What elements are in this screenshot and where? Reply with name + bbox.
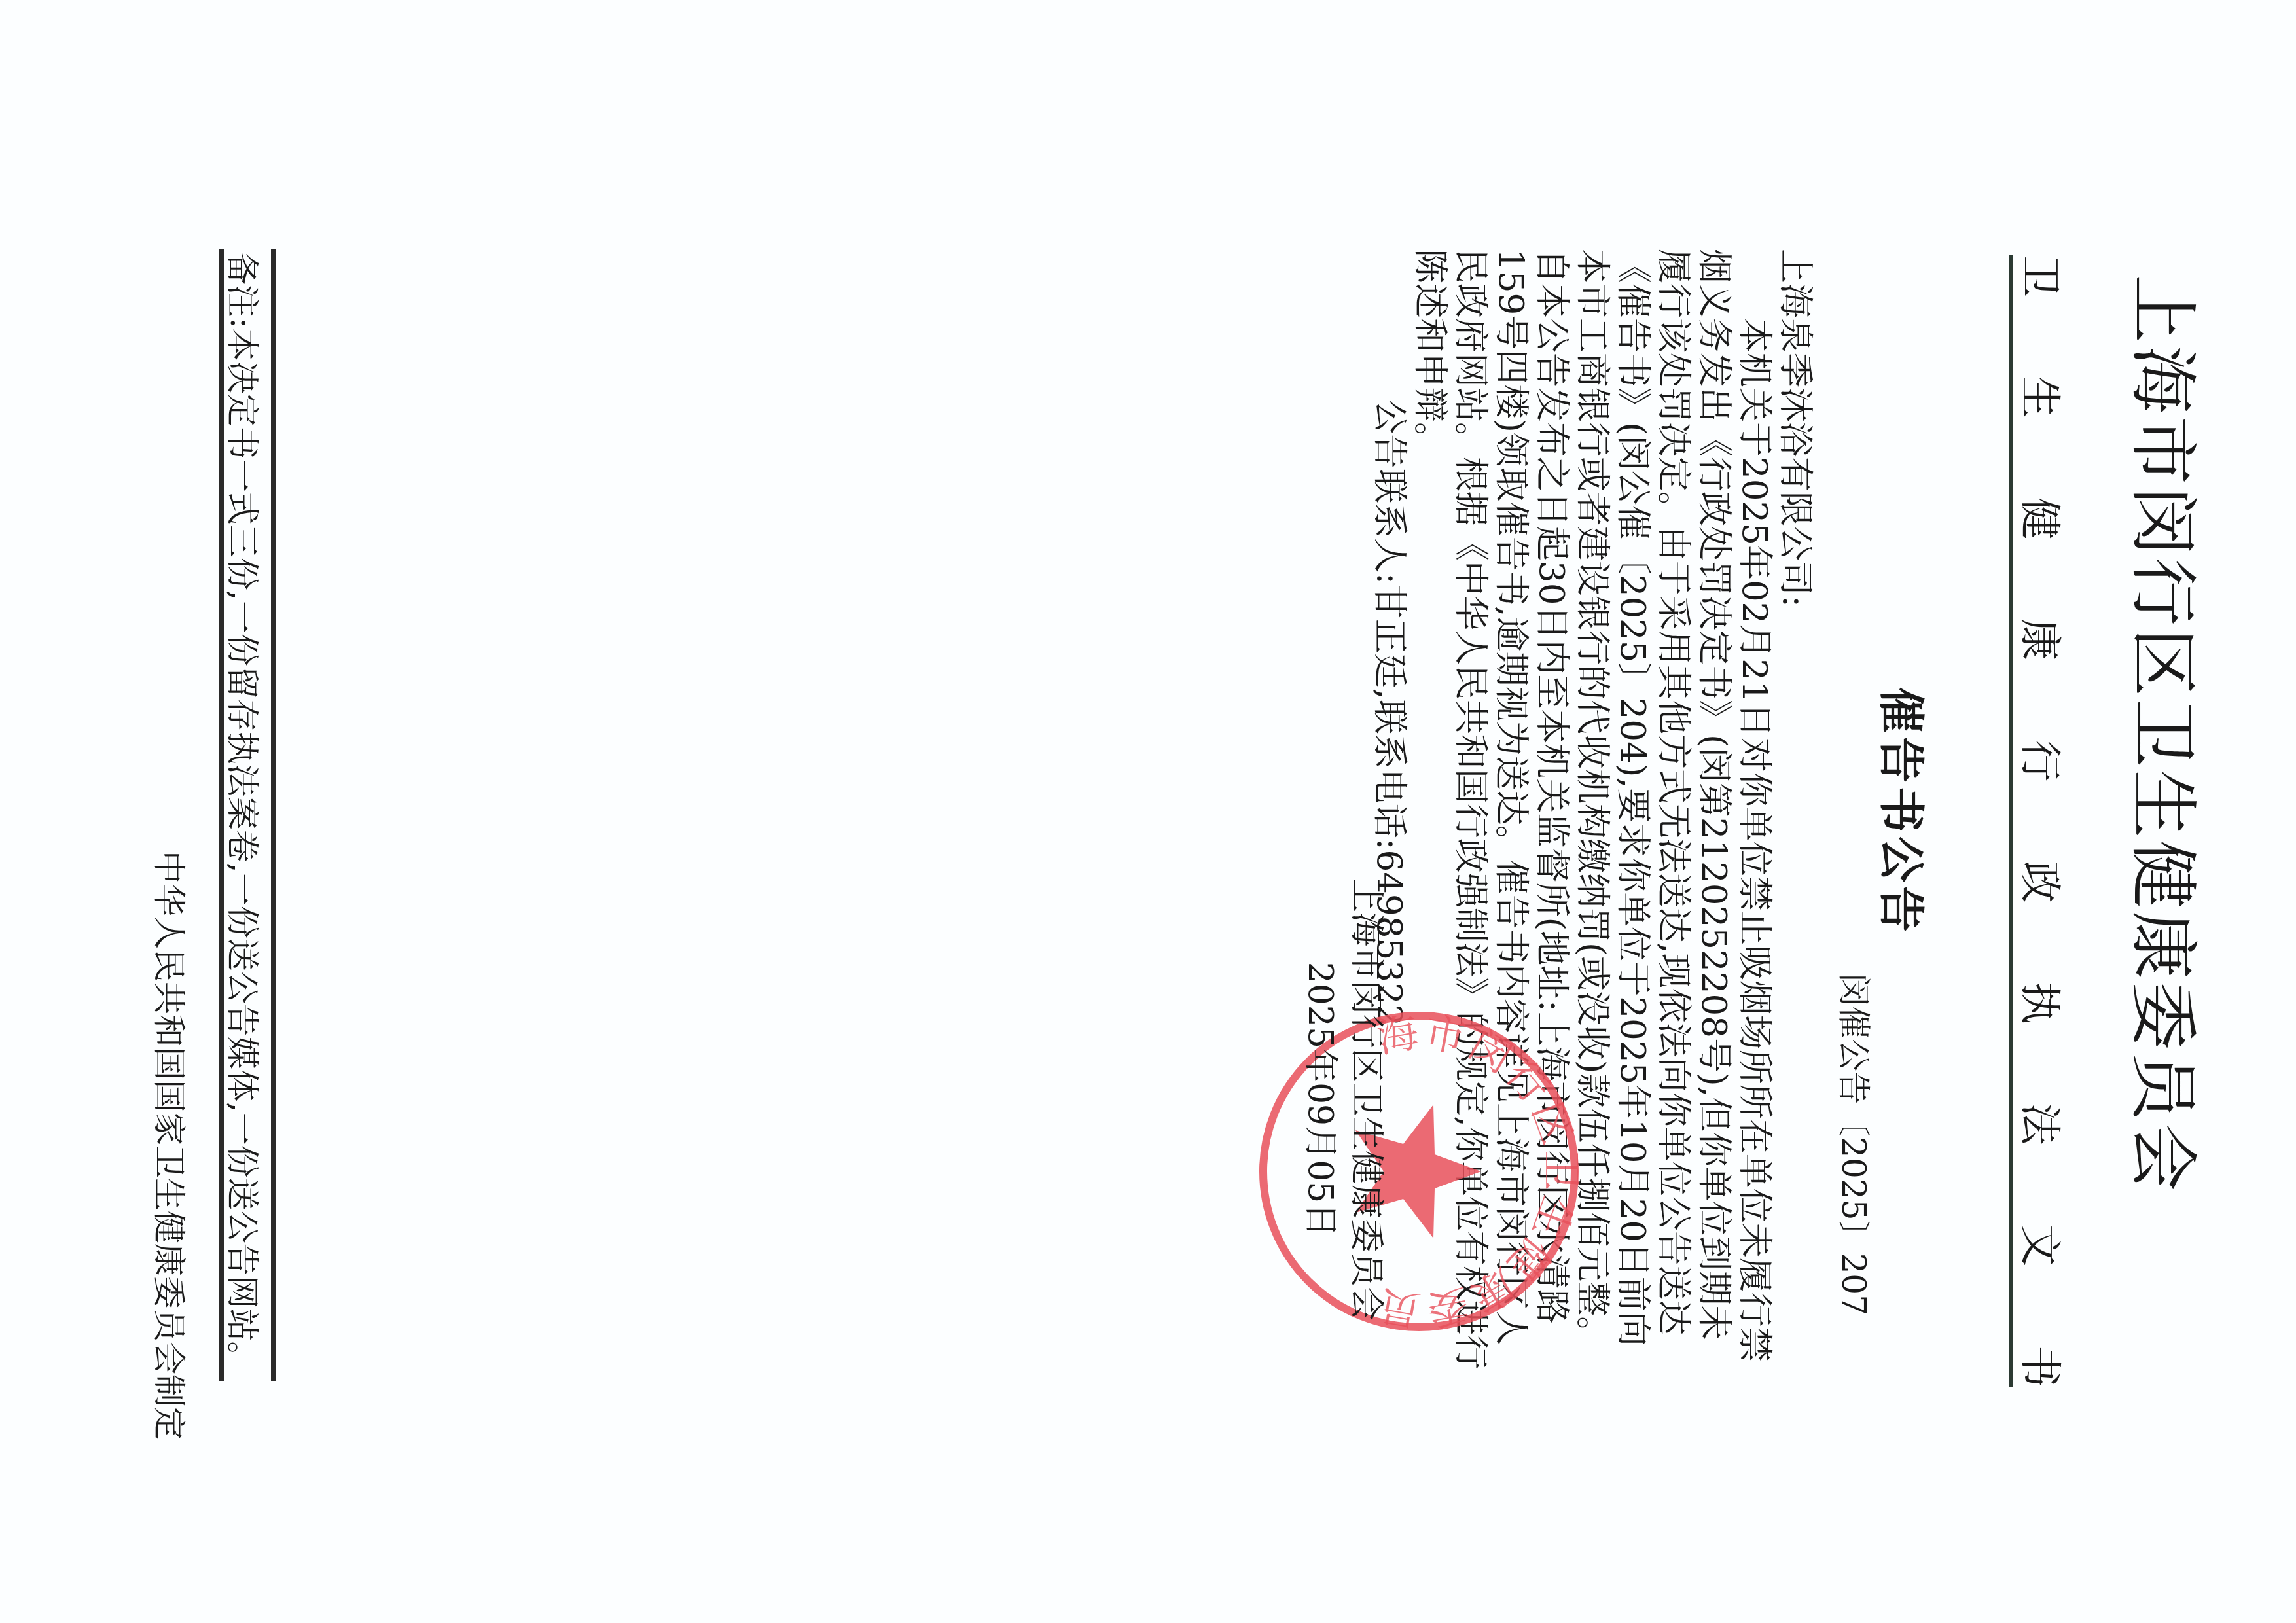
document-type-char: 卫 <box>2013 255 2073 297</box>
document-type-char: 健 <box>2013 497 2073 539</box>
issuer-footer: 中华人民共和国国家卫生健康委员会制定 <box>148 851 195 1387</box>
remark-text: 备注:本决定书一式三份,一份留存执法案卷,一份送公告媒体,一份送公告网站。 <box>221 252 268 1378</box>
remark-top-divider <box>271 249 276 1381</box>
header-divider <box>2009 255 2013 1387</box>
organization-title: 上海市闵行区卫生健康委员会 <box>2119 275 2217 1106</box>
remark-bottom-divider <box>219 249 224 1381</box>
document-type-char: 生 <box>2013 376 2073 418</box>
document-type-char: 执 <box>2013 982 2073 1024</box>
document-type-char: 行 <box>2013 740 2073 781</box>
document-type-char: 法 <box>2013 1103 2073 1145</box>
signature-date: 2025年09月05日 <box>1299 851 1348 1348</box>
addressee: 上海泉季沐浴有限公司: <box>1774 249 1815 1374</box>
document-page: 上海市闵行区卫生健康委员会 卫 生 健 康 行 政 执 法 文 书 催告书公告 … <box>0 0 2296 1623</box>
document-type-title: 卫 生 健 康 行 政 执 法 文 书 <box>2013 255 2073 1387</box>
document-type-char: 康 <box>2013 618 2073 660</box>
document-type-char: 文 <box>2013 1224 2073 1266</box>
document-type-char: 书 <box>2013 1346 2073 1387</box>
notice-heading: 催告书公告 <box>1871 0 1937 1623</box>
document-type-char: 政 <box>2013 861 2073 903</box>
document-number: 闵催公告〔2025〕207 <box>1833 949 1880 1315</box>
signature-organization: 上海市闵行区卫生健康委员会 <box>1345 851 1394 1348</box>
